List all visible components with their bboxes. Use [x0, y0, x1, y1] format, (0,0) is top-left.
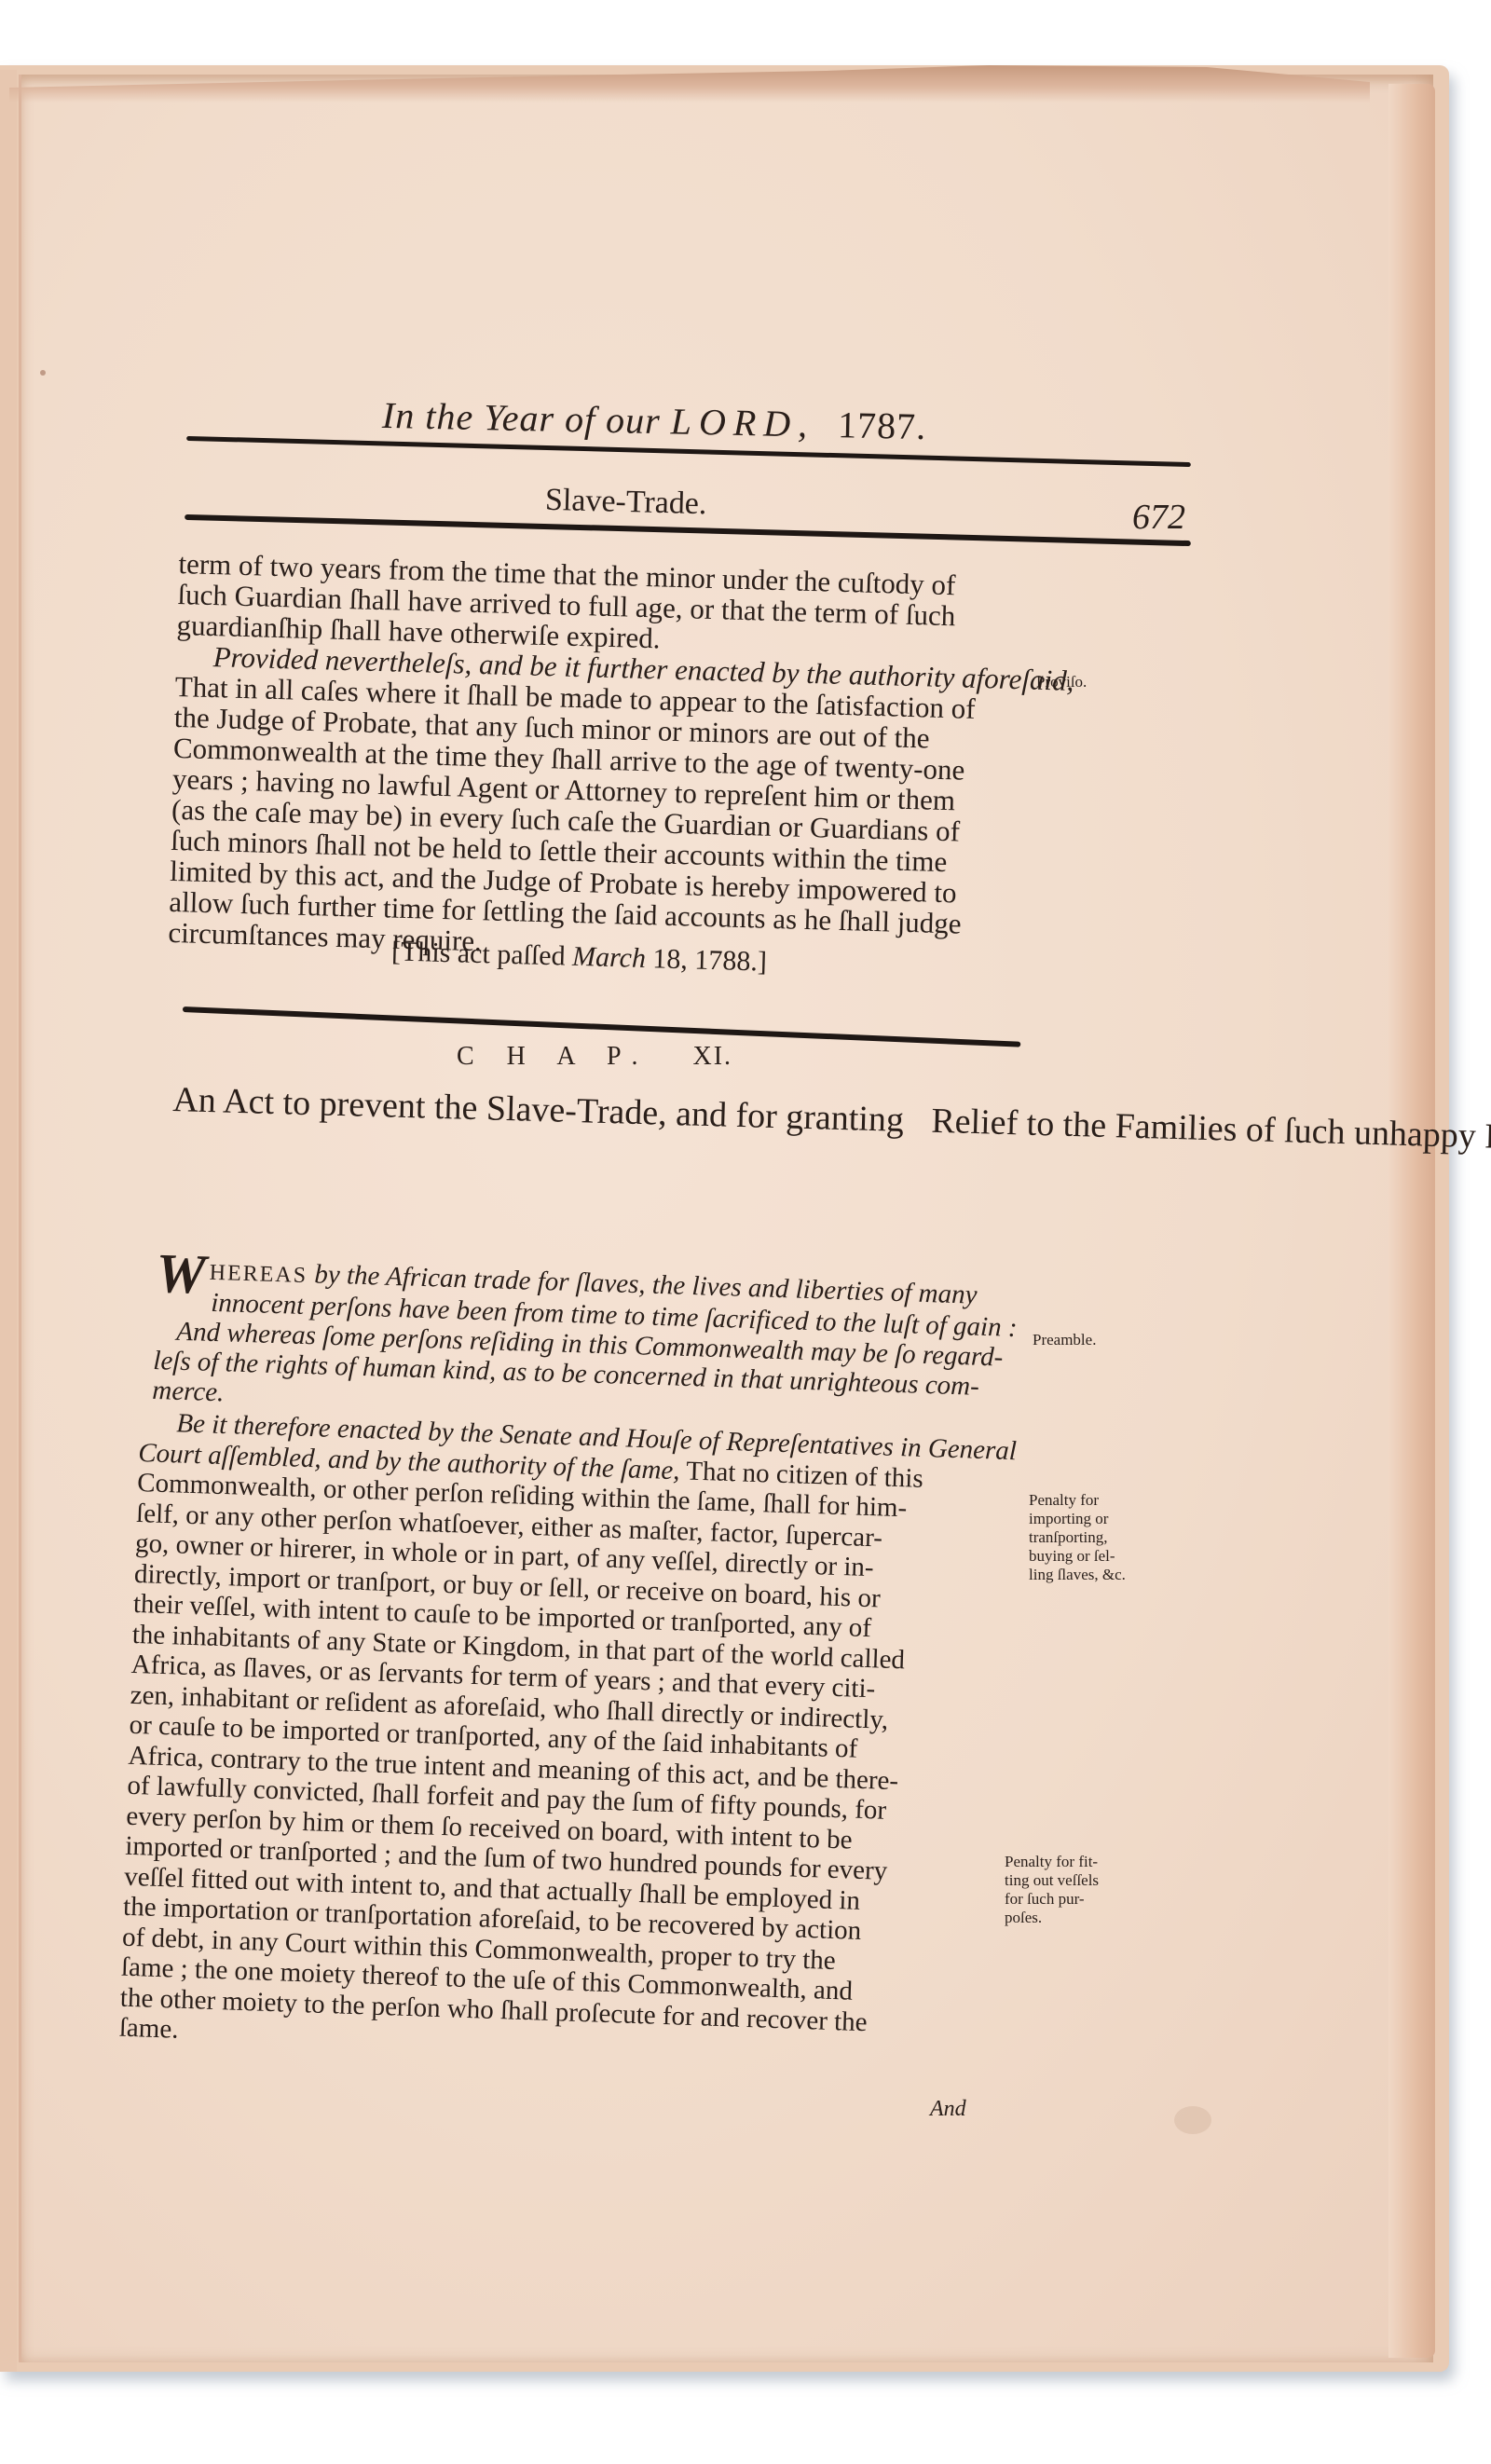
- running-head-prefix: In the Year of our: [382, 394, 662, 442]
- catchword: And: [930, 2097, 966, 2122]
- chapter-number: XI.: [693, 1042, 733, 1071]
- margin-note-line: ting out veſſels: [1005, 1871, 1099, 1890]
- running-head: In the Year of our LORD, 1787.: [382, 393, 927, 448]
- page-number: 672: [1132, 497, 1185, 538]
- section-title: Slave-Trade.: [545, 483, 707, 523]
- margin-note-line: for ſuch pur-: [1005, 1890, 1099, 1909]
- act-passed-prefix: [This act paſſed: [391, 936, 566, 971]
- enacting-paragraph: Be it therefore enacted by the Senate an…: [118, 1407, 1017, 2072]
- preamble-paragraph: WHEREAS by the African trade for ſlaves,…: [152, 1254, 1019, 1432]
- margin-note-proviso: Proviſo.: [1036, 673, 1087, 691]
- margin-note-line: importing or: [1029, 1510, 1126, 1528]
- margin-note-line: tranſporting,: [1029, 1528, 1126, 1547]
- act-passed-date: 18, 1788.]: [652, 943, 767, 977]
- act-title-line: Relief to the Families of ſuch unhappy P…: [912, 1101, 1491, 1159]
- margin-note-line: Penalty for: [1029, 1491, 1126, 1510]
- running-head-year: 1787.: [838, 404, 927, 447]
- chapter-label: C H A P.: [457, 1042, 651, 1071]
- margin-note-penalty-importing: Penalty for importing or tranſporting, b…: [1029, 1491, 1126, 1584]
- foxing-spot: [40, 370, 46, 376]
- margin-note-preamble: Preamble.: [1033, 1331, 1096, 1349]
- margin-note-line: poſes.: [1005, 1909, 1099, 1927]
- drop-cap: W: [156, 1254, 207, 1294]
- act-title-line: An Act to prevent the Slave-Trade, and f…: [172, 1080, 905, 1140]
- margin-note-line: ling ſlaves, &c.: [1029, 1566, 1126, 1584]
- continuation-paragraph: term of two years from the time that the…: [168, 548, 1077, 973]
- running-head-lord: LORD,: [670, 400, 814, 445]
- chapter-heading: C H A P. XI.: [457, 1042, 732, 1072]
- margin-note-line: buying or ſel-: [1029, 1547, 1126, 1566]
- act-passed-month: March: [572, 941, 647, 974]
- page-content: In the Year of our LORD, 1787. Slave-Tra…: [0, 0, 1491, 2464]
- preamble-first-word: HEREAS: [209, 1261, 308, 1288]
- margin-note-line: Penalty for fit-: [1005, 1853, 1099, 1871]
- foxing-stain: [1174, 2106, 1211, 2134]
- act-title: An Act to prevent the Slave-Trade, and f…: [172, 1081, 1491, 1185]
- margin-note-penalty-fitting: Penalty for fit- ting out veſſels for ſu…: [1005, 1853, 1099, 1927]
